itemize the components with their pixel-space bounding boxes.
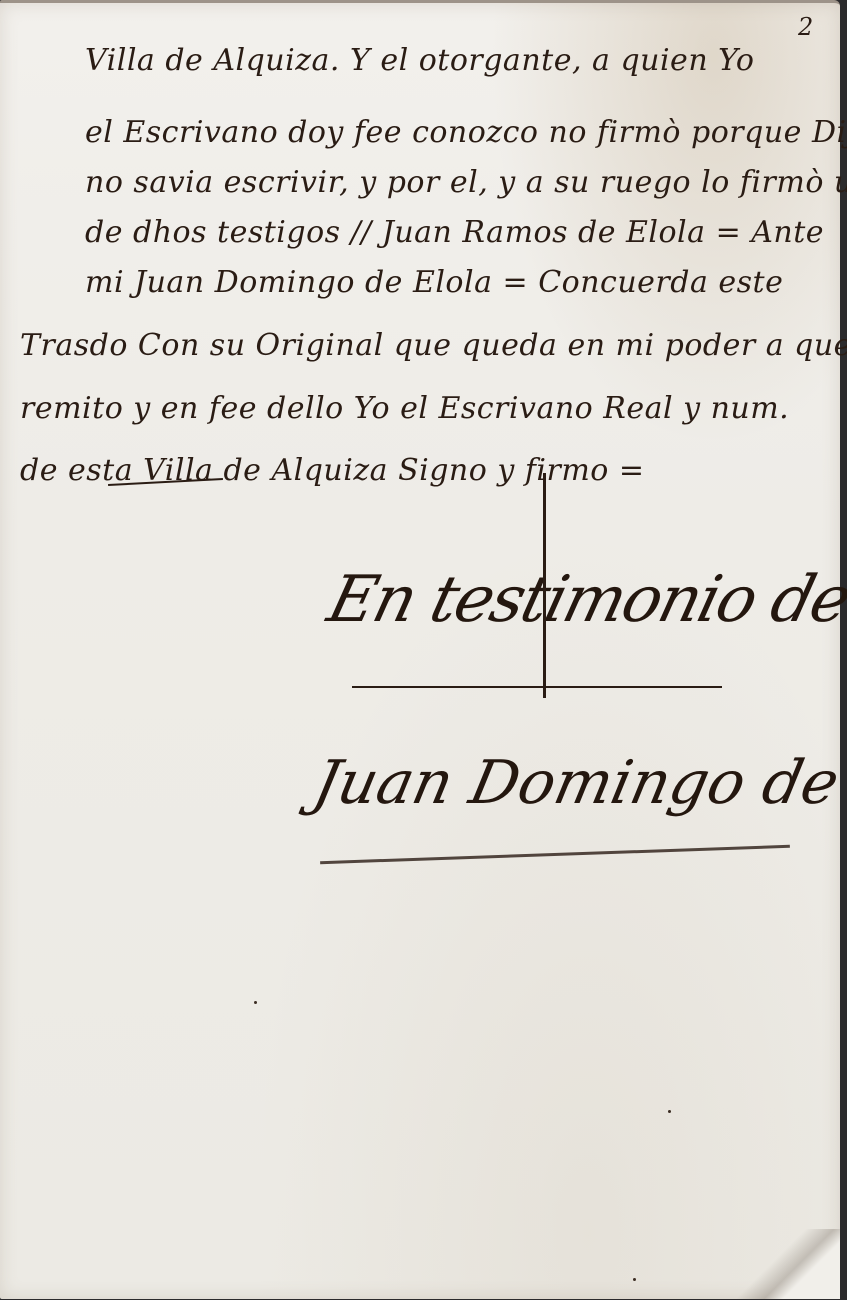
sign-vertical-stroke: [543, 473, 546, 698]
text-line-4: de dhos testigos // Juan Ramos de Elola …: [85, 215, 824, 250]
worn-page-corner: [720, 1229, 840, 1299]
notary-sign-flourish: En testimonio de verdad: [321, 563, 847, 637]
text-line-3: no savia escrivir, y por el, y a su rueg…: [85, 165, 847, 200]
signature-underline: [352, 686, 722, 688]
manuscript-page: 2 Villa de Alquiza. Y el otorgante, a qu…: [0, 0, 840, 1299]
text-line-5: mi Juan Domingo de Elola = Concuerda est…: [85, 265, 783, 300]
text-line-6: Trasdo Con su Original que queda en mi p…: [20, 328, 847, 363]
notary-signature: Juan Domingo de Elola: [308, 748, 847, 818]
ink-spot: [254, 1001, 257, 1004]
text-line-2: el Escrivano doy fee conozco no firmò po…: [85, 115, 847, 150]
text-line-7: remito y en fee dello Yo el Escrivano Re…: [20, 391, 789, 426]
ink-spot: [633, 1278, 636, 1281]
folio-number: 2: [798, 13, 813, 41]
signature-rubric: [320, 845, 790, 864]
ink-spot: [668, 1110, 671, 1113]
text-line-1: Villa de Alquiza. Y el otorgante, a quie…: [85, 43, 754, 78]
